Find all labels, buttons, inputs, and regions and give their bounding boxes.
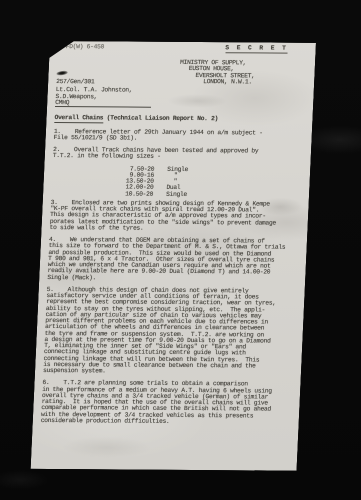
scan-stain [61,436,152,459]
sizes-table: 7.50-20 Single 9.00-16 " 13.50-20 " 12.0… [124,166,302,198]
document-page: FD(W) 6-450 S E C R E T MINISTRY OF SUPP… [31,41,316,471]
addressee-line: CMHQ [55,100,305,109]
paragraph-3: 3. Enclosed are two prints showing desig… [49,200,300,233]
subject-heading: Overall Chains (Technical Liaison Report… [54,115,304,123]
scan-background: FD(W) 6-450 S E C R E T MINISTRY OF SUPP… [0,0,361,500]
ink-smudge [56,70,67,75]
document-reference: FD(W) 6-450 [66,44,105,51]
size-value: 10.50-20 [124,191,153,197]
address-line: LONDON, N.W.1. [179,79,254,86]
subject-title: Overall Chains [54,114,103,123]
size-row: 10.50-20 Single [124,191,301,198]
addressee-unit-underlined: CMHQ [55,100,151,108]
sender-address: MINISTRY OF SUPPLY, EUSTON HOUSE, EVERSH… [179,60,255,86]
subject-suffix: (Technical Liaison Report No. 2) [103,115,218,123]
paragraph-1: 1. Reference letter of 29th January 1944… [53,129,304,143]
size-type: Single [166,191,187,197]
addressee-block: Lt.Col. T.A. Johnston, S.D.Weapons, CMHQ [55,87,306,109]
header-row: FD(W) 6-450 S E C R E T [58,44,308,54]
paragraph-5: 5. Although this design of chain does no… [43,287,297,376]
paragraph-2: 2. Overall Track chains have been tested… [53,147,304,161]
classification-stamp: S E C R E T [225,45,288,53]
paragraph-4: 4. We understand that DGEM are obtaining… [47,237,299,282]
paragraph-6: 6. T.T.2 are planning some trials to obt… [41,380,293,425]
